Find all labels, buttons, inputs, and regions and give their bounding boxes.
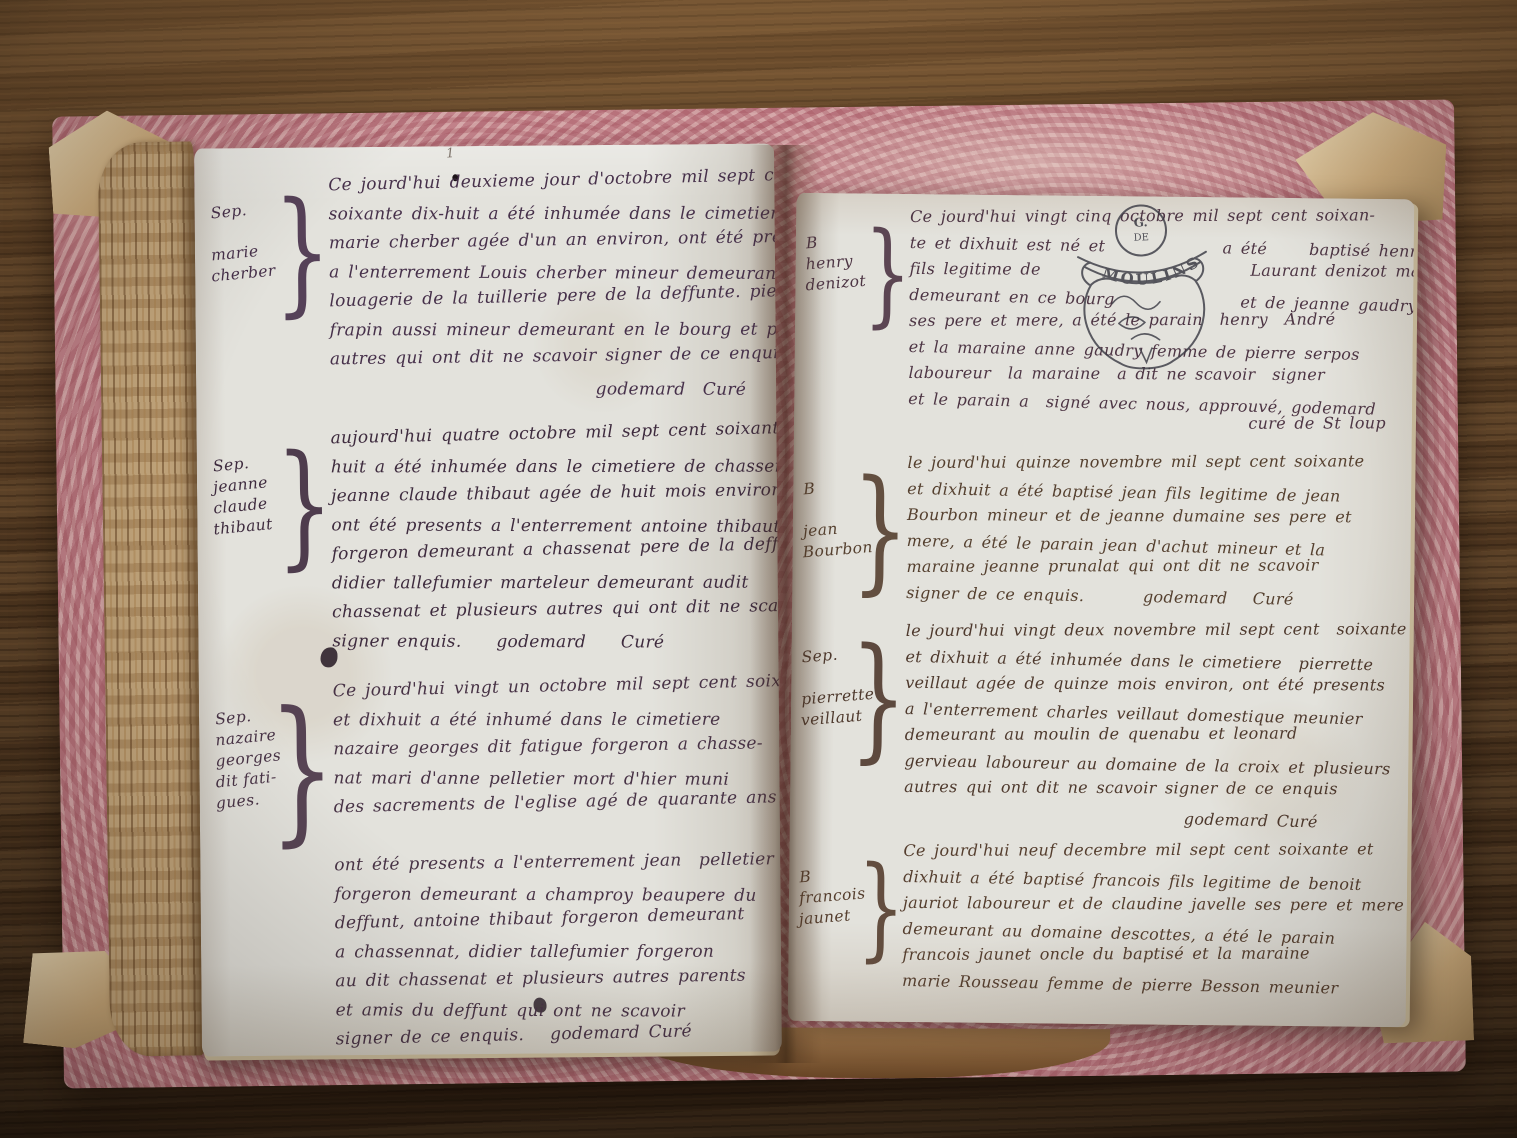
generalite-de-moulins-stamp: G. DE MOULINS [1064, 195, 1223, 379]
right-page: G. DE MOULINS Bhenrydenizot}Ce jourd'hui… [788, 193, 1415, 1027]
manuscript-line: autres qui ont dit ne scavoir signer de … [904, 774, 1396, 803]
manuscript-line: godemard Curé [904, 800, 1396, 837]
margin-note: Sep.mariecherber} [210, 171, 329, 282]
entry-text: Ce jourd'hui deuxieme jour d'octobre mil… [328, 168, 760, 404]
frayed-page-edges [98, 141, 207, 1056]
margin-brace: } [849, 631, 908, 767]
manuscript-line: aujourd'hui quatre octobre mil sept cent… [330, 415, 761, 454]
manuscript-line: jeanne claude thibaut agée de huit mois … [331, 476, 761, 511]
manuscript-line: Ce jourd'hui vingt un octobre mil sept c… [332, 668, 763, 707]
stamp-text-g: G. [1133, 215, 1148, 230]
page-number: 1 [446, 146, 455, 162]
manuscript-line: signer enquis. godemard Curé [332, 627, 762, 658]
manuscript-line: ont été presents a l'enterrement jean pe… [334, 845, 764, 880]
manuscript-line: Bourbon mineur et de jeanne dumaine ses … [907, 502, 1399, 531]
register-entry: BjeanBourbon}le jourd'hui quinze novembr… [802, 449, 1400, 611]
manuscript-line: demeurant au moulin de quenabu et leonar… [905, 720, 1397, 748]
margin-note: Bfrancoisjaunet} [799, 837, 904, 927]
photo-scene: 1 Sep.mariecherber}Ce jourd'hui deuxieme… [0, 0, 1517, 1138]
margin-note: Sep.jeanneclaudethibaut} [212, 424, 331, 535]
margin-note: BjeanBourbon} [803, 449, 908, 560]
stamp-banner-text: MOULINS [1099, 252, 1205, 291]
manuscript-line: au dit chassenat et plusieurs autres par… [335, 961, 765, 996]
register-entry: Sep.jeanneclaudethibaut}aujourd'hui quat… [212, 421, 762, 658]
left-page: 1 Sep.mariecherber}Ce jourd'hui deuxieme… [194, 143, 782, 1056]
margin-brace: } [275, 438, 333, 573]
margin-brace: } [268, 691, 336, 849]
manuscript-line: le jourd'hui quinze novembre mil sept ce… [907, 448, 1399, 476]
margin-note: Sep.nazairegeorgesdit fati-gues.} [215, 677, 334, 809]
manuscript-line: marie cherber agée d'un an environ, ont … [329, 223, 759, 258]
margin-brace: } [863, 218, 912, 331]
register-entry: Bfrancoisjaunet}Ce jourd'hui neuf decemb… [798, 837, 1396, 999]
manuscript-line: Ce jourd'hui neuf decembre mil sept cent… [903, 836, 1395, 864]
manuscript-line: le jourd'hui vingt deux novembre mil sep… [906, 616, 1398, 644]
margin-brace: } [851, 463, 910, 599]
margin-note: Sep.pierretteveillaut} [801, 617, 906, 728]
manuscript-line: signer de ce enquis. godemard Curé [906, 580, 1398, 615]
entry-text: le jourd'hui vingt deux novembre mil sep… [904, 618, 1398, 831]
manuscript-line: curé de St loup [908, 410, 1400, 438]
manuscript-line: nazaire georges dit fatigue forgeron a c… [333, 729, 763, 764]
stamp-text-de: DE [1133, 232, 1149, 244]
manuscript-line: veillaut agée de quinze mois environ, on… [905, 670, 1397, 699]
manuscript-line: francois jaunet oncle du baptisé et la m… [902, 940, 1394, 968]
register-entry: Sep.pierretteveillaut}le jourd'hui vingt… [800, 617, 1398, 831]
register-entry: Sep.nazairegeorgesdit fati-gues.}Ce jour… [215, 674, 766, 1056]
manuscript-line: godemard Curé [330, 374, 760, 405]
entry-text: Ce jourd'hui vingt un octobre mil sept c… [333, 674, 766, 1055]
svg-text:MOULINS: MOULINS [1099, 252, 1205, 291]
entry-text: le jourd'hui quinze novembre mil sept ce… [906, 450, 1400, 611]
left-page-entries: Sep.mariecherber}Ce jourd'hui deuxieme j… [210, 168, 766, 1056]
manuscript-line: maraine jeanne prunalat qui ont dit ne s… [906, 552, 1398, 580]
margin-brace: } [857, 851, 906, 964]
manuscript-line: marie Rousseau femme de pierre Besson me… [902, 968, 1394, 1003]
manuscript-line: jauriot laboureur et de claudine javelle… [903, 890, 1395, 919]
entry-text: aujourd'hui quatre octobre mil sept cent… [330, 421, 762, 657]
margin-brace: } [273, 185, 331, 320]
manuscript-line: Ce jourd'hui deuxieme jour d'octobre mil… [328, 162, 759, 201]
entry-text: Ce jourd'hui neuf decembre mil sept cent… [902, 838, 1396, 999]
manuscript-line: chassenat et plusieurs autres qui ont di… [332, 592, 762, 627]
manuscript-line: autres qui ont dit ne scavoir signer de … [330, 339, 760, 374]
margin-note: Bhenrydenizot} [805, 203, 910, 293]
register-entry: Sep.mariecherber}Ce jourd'hui deuxieme j… [210, 168, 760, 405]
